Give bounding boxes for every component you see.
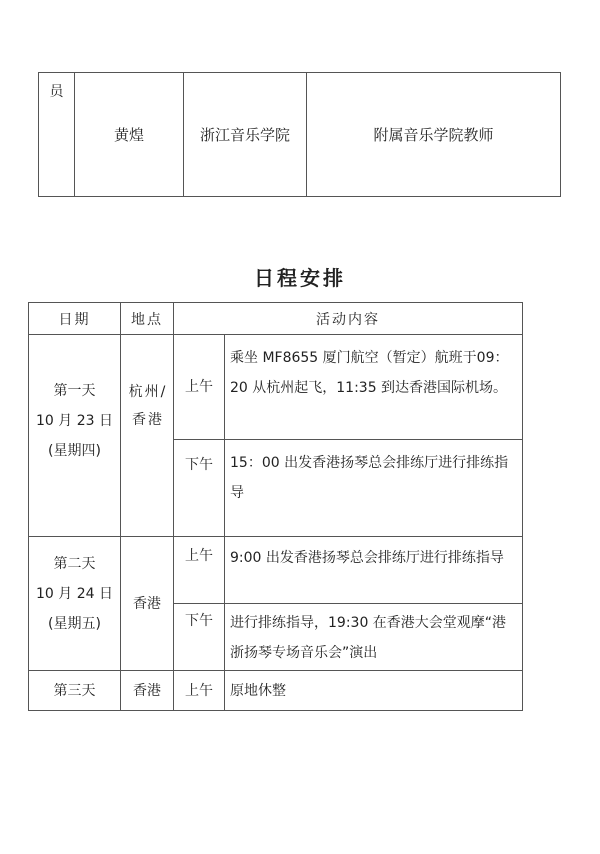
weekday-label: (星期五) bbox=[29, 609, 120, 639]
activity-cell: 乘坐 MF8655 厦门航空（暂定）航班于09：20 从杭州起飞，11:35 到… bbox=[225, 335, 523, 440]
activity-cell: 进行排练指导，19:30 在香港大会堂观摩“港浙扬琴专场音乐会”演出 bbox=[225, 604, 523, 671]
institution-cell: 浙江音乐学院 bbox=[184, 73, 307, 197]
time-cell: 下午 bbox=[174, 604, 225, 671]
time-cell: 上午 bbox=[174, 335, 225, 440]
place-cell: 香港 bbox=[121, 537, 174, 671]
date-cell: 第三天 bbox=[29, 671, 121, 711]
table-row: 员 黄煌 浙江音乐学院 附属音乐学院教师 bbox=[39, 73, 561, 197]
date-label: 10 月 23 日 bbox=[29, 406, 120, 436]
activity-cell: 15：00 出发香港扬琴总会排练厅进行排练指导 bbox=[225, 440, 523, 537]
table-row: 第一天 10 月 23 日 (星期四) 杭州/香港 上午 乘坐 MF8655 厦… bbox=[29, 335, 523, 440]
schedule-table: 日期 地点 活动内容 第一天 10 月 23 日 (星期四) 杭州/香港 上午 … bbox=[28, 302, 523, 711]
header-activity: 活动内容 bbox=[174, 303, 523, 335]
position-cell: 附属音乐学院教师 bbox=[307, 73, 561, 197]
name-cell: 黄煌 bbox=[75, 73, 184, 197]
activity-cell: 9:00 出发香港扬琴总会排练厅进行排练指导 bbox=[225, 537, 523, 604]
time-cell: 上午 bbox=[174, 537, 225, 604]
date-cell: 第一天 10 月 23 日 (星期四) bbox=[29, 335, 121, 537]
table-row: 第三天 香港 上午 原地休整 bbox=[29, 671, 523, 711]
schedule-title: 日程安排 bbox=[0, 262, 600, 291]
day-label: 第一天 bbox=[29, 376, 120, 406]
header-date: 日期 bbox=[29, 303, 121, 335]
day-label: 第二天 bbox=[29, 549, 120, 579]
date-cell: 第二天 10 月 24 日 (星期五) bbox=[29, 537, 121, 671]
members-table: 员 黄煌 浙江音乐学院 附属音乐学院教师 bbox=[38, 72, 561, 197]
place-cell: 香港 bbox=[121, 671, 174, 711]
weekday-label: (星期四) bbox=[29, 436, 120, 466]
place-cell: 杭州/香港 bbox=[121, 335, 174, 537]
activity-cell: 原地休整 bbox=[225, 671, 523, 711]
table-row: 第二天 10 月 24 日 (星期五) 香港 上午 9:00 出发香港扬琴总会排… bbox=[29, 537, 523, 604]
header-row: 日期 地点 活动内容 bbox=[29, 303, 523, 335]
role-cell: 员 bbox=[39, 73, 75, 197]
time-cell: 下午 bbox=[174, 440, 225, 537]
time-cell: 上午 bbox=[174, 671, 225, 711]
header-place: 地点 bbox=[121, 303, 174, 335]
date-label: 10 月 24 日 bbox=[29, 579, 120, 609]
